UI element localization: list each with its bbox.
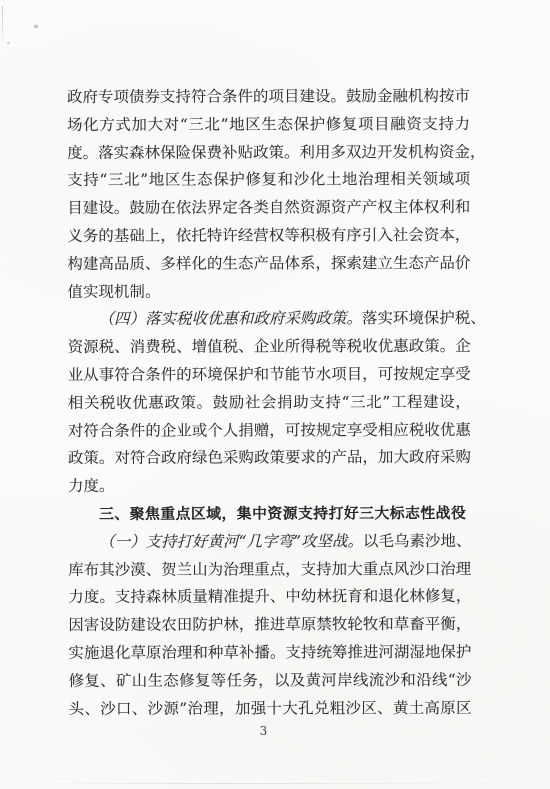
scan-speck [34,24,39,28]
subsection-lead: （四）落实税收优惠和政府采购政策。 [99,310,362,329]
paragraph-line: 义务的基础上，依托特许经营权等积极有序引入社会资本， [67,222,470,251]
scan-streak [30,783,510,784]
paragraph-line: （一）支持打好黄河“几字弯”攻坚战。以毛乌素沙地、 [68,528,471,557]
paragraph-line: 支持“三北”地区生态保护修复和沙化土地治理相关领域项 [67,166,470,195]
paragraph-line: 头、沙口、沙源”治理，加强十大孔兑粗沙区、黄土高原区 [69,694,472,723]
paragraph-line: 相关税收优惠政策。鼓励社会捐助支持“三北”工程建设， [68,389,471,418]
paragraph-line: 实施退化草原治理和种草补播。支持统筹推进河湖湿地保护 [68,639,471,668]
paragraph-line: 修复、矿山生态修复等任务，以及黄河岸线流沙和沿线“沙 [69,667,472,696]
paragraph-line: 场化方式加大对“三北”地区生态保护修复项目融资支持力 [67,111,470,140]
paragraph-line: 构建高品质、多样化的生态产品体系，探索建立生态产品价 [67,250,470,279]
paragraph-line: 力度。支持森林质量精准提升、中幼林抚育和退化林修复， [68,583,471,612]
paragraph-line: 政府专项债券支持符合条件的项目建设。鼓励金融机构按市 [67,83,470,112]
page-number: 3 [62,723,465,739]
subsection-lead: （一）支持打好黄河“几字弯”攻坚战。 [99,532,363,551]
paragraph-line: 力度。 [68,472,471,501]
scanned-document-page: 政府专项债券支持符合条件的项目建设。鼓励金融机构按市 场化方式加大对“三北”地区… [0,0,550,789]
paragraph-line: 度。落实森林保险保费补贴政策。利用多双边开发机构资金， [67,139,470,168]
paragraph-line: 目建设。鼓励在依法界定各类自然资源资产产权主体权利和 [67,194,470,223]
paragraph-line: 值实现机制。 [68,278,471,307]
paragraph-line: 因害设防建设农田防护林，推进草原禁牧轮牧和草畜平衡， [68,611,471,640]
paragraph-line: 库布其沙漠、贺兰山为治理重点，支持加大重点风沙口治理 [68,555,471,584]
paragraph-text: 落实环境保护税、 [362,309,486,327]
paragraph-line: 业从事符合条件的环境保护和节能节水项目，可按规定享受 [68,361,471,390]
paragraph-text: 以毛乌素沙地、 [363,532,471,550]
paragraph-line: 对符合条件的企业或个人捐赠，可按规定享受相应税收优惠 [68,417,471,446]
paragraph-line: （四）落实税收优惠和政府采购政策。落实环境保护税、 [68,305,471,334]
scan-speck [7,42,10,44]
scan-edge-mark [2,6,3,48]
paragraph-line: 政策。对符合政府绿色采购政策要求的产品，加大政府采购 [68,444,471,473]
section-heading: 三、聚焦重点区域，集中资源支持打好三大标志性战役 [68,500,471,529]
text-block: 政府专项债券支持符合条件的项目建设。鼓励金融机构按市 场化方式加大对“三北”地区… [67,83,472,723]
paragraph-line: 资源税、消费税、增值税、企业所得税等税收优惠政策。企 [68,333,471,362]
